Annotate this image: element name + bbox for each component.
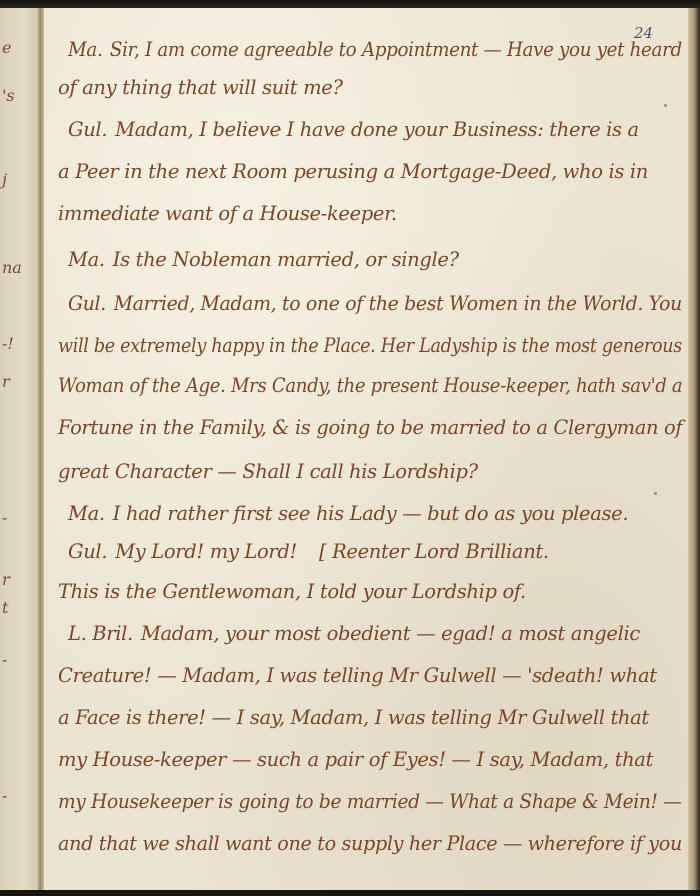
stage-direction: [ Reenter Lord Brilliant.	[319, 540, 549, 563]
facing-page-fragment: -	[2, 650, 7, 669]
facing-page-fragment: e	[2, 38, 11, 57]
speaker-label: Ma.	[68, 502, 105, 525]
line-text: a Face is there! — I say, Madam, I was t…	[58, 706, 649, 729]
manuscript-line: Gul.Madam, I believe I have done your Bu…	[68, 120, 639, 140]
line-text: Creature! — Madam, I was telling Mr Gulw…	[58, 664, 657, 687]
speaker-label: Gul.	[68, 292, 106, 315]
line-text: Fortune in the Family, & is going to be …	[58, 416, 682, 439]
manuscript-line: immediate want of a House-keeper.	[58, 204, 397, 224]
manuscript-line: great Character — Shall I call his Lords…	[58, 462, 478, 482]
line-text: Sir, I am come agreeable to Appointment …	[110, 38, 682, 61]
paper-speck	[664, 104, 667, 107]
facing-page-edge: e'sjna-!r-rt--	[0, 8, 40, 892]
speaker-label: Gul.	[68, 118, 107, 141]
manuscript-line: my House-keeper — such a pair of Eyes! —…	[58, 750, 653, 770]
facing-page-fragment: na	[2, 258, 22, 277]
paper-speck	[654, 492, 657, 495]
line-text: Is the Nobleman married, or single?	[113, 248, 459, 271]
line-text: a Peer in the next Room perusing a Mortg…	[58, 160, 648, 183]
facing-page-fragment: -	[2, 786, 7, 805]
line-text: This is the Gentlewoman, I told your Lor…	[58, 580, 526, 603]
manuscript-line: Ma.I had rather first see his Lady — but…	[68, 504, 628, 524]
facing-page-fragment: -	[2, 508, 7, 527]
facing-page-fragment: 's	[2, 86, 15, 105]
manuscript-line: Creature! — Madam, I was telling Mr Gulw…	[58, 666, 657, 686]
manuscript-line: This is the Gentlewoman, I told your Lor…	[58, 582, 526, 602]
line-text: Woman of the Age. Mrs Candy, the present…	[58, 374, 682, 397]
line-text: Madam, I believe I have done your Busine…	[115, 118, 639, 141]
manuscript-line: Woman of the Age. Mrs Candy, the present…	[58, 376, 682, 396]
manuscript-line: Ma.Is the Nobleman married, or single?	[68, 250, 459, 270]
manuscript-line: a Face is there! — I say, Madam, I was t…	[58, 708, 649, 728]
line-text: of any thing that will suit me?	[58, 76, 343, 99]
line-text: My Lord! my Lord!	[115, 540, 297, 563]
facing-page-fragment: -!	[2, 334, 14, 353]
facing-page-fragment: j	[2, 170, 7, 189]
line-text: Madam, your most obedient — egad! a most…	[141, 622, 640, 645]
manuscript-line: L. Bril.Madam, your most obedient — egad…	[68, 624, 640, 644]
manuscript-line: and that we shall want one to supply her…	[58, 834, 682, 854]
manuscript-line: will be extremely happy in the Place. He…	[58, 336, 682, 356]
manuscript-line: Gul.Married, Madam, to one of the best W…	[68, 294, 682, 314]
line-text: will be extremely happy in the Place. He…	[58, 334, 682, 357]
manuscript-line: of any thing that will suit me?	[58, 78, 343, 98]
speaker-label: Ma.	[68, 38, 102, 61]
line-text: great Character — Shall I call his Lords…	[58, 460, 478, 483]
manuscript-line: my Housekeeper is going to be married — …	[58, 792, 682, 812]
line-text: Married, Madam, to one of the best Women…	[114, 292, 682, 315]
line-text: my House-keeper — such a pair of Eyes! —…	[58, 748, 653, 771]
manuscript-scan: e'sjna-!r-rt-- 24 Ma.Sir, I am come agre…	[0, 0, 700, 896]
line-text: immediate want of a House-keeper.	[58, 202, 397, 225]
speaker-label: Gul.	[68, 540, 107, 563]
page-right-edge	[688, 8, 700, 892]
speaker-label: L. Bril.	[68, 622, 133, 645]
manuscript-line: a Peer in the next Room perusing a Mortg…	[58, 162, 648, 182]
facing-page-fragment: r	[2, 570, 10, 589]
bottom-binding-shadow	[0, 890, 700, 896]
line-text: and that we shall want one to supply her…	[58, 832, 682, 855]
line-text: I had rather first see his Lady — but do…	[113, 502, 628, 525]
manuscript-line: Gul.My Lord! my Lord![ Reenter Lord Bril…	[68, 542, 549, 562]
manuscript-line: Ma.Sir, I am come agreeable to Appointme…	[68, 40, 682, 60]
facing-page-fragment: r	[2, 372, 10, 391]
facing-page-fragment: t	[2, 598, 8, 617]
manuscript-line: Fortune in the Family, & is going to be …	[58, 418, 682, 438]
speaker-label: Ma.	[68, 248, 105, 271]
line-text: my Housekeeper is going to be married — …	[58, 790, 682, 813]
